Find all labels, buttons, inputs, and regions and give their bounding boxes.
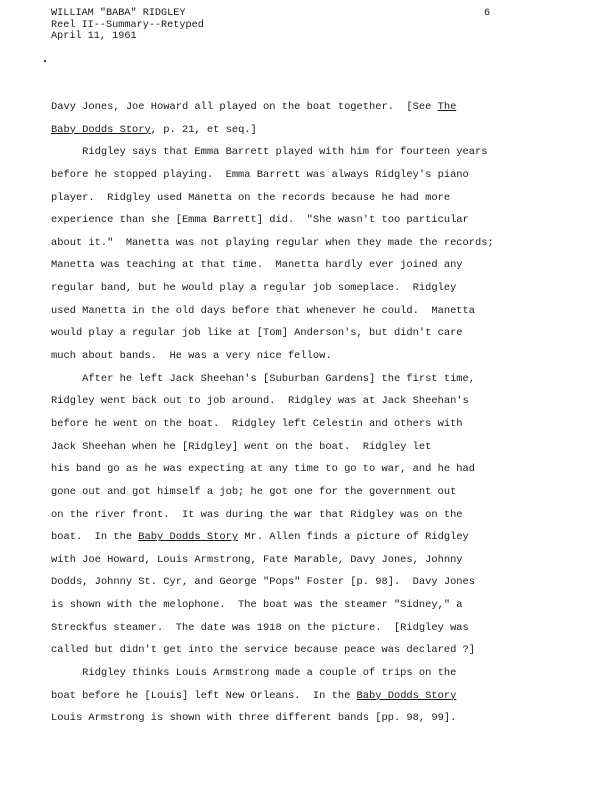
text-line: is shown with the melophone. The boat wa… <box>51 594 571 617</box>
text-line: Jack Sheehan when he [Ridgley] went on t… <box>51 436 571 459</box>
text-segment: is shown with the melophone. The boat wa… <box>51 599 463 611</box>
text-line: Ridgley thinks Louis Armstrong made a co… <box>51 662 571 685</box>
reel-info: Reel II--Summary--Retyped <box>51 20 204 32</box>
text-segment: Ridgley went back out to job around. Rid… <box>51 395 469 407</box>
text-segment: Ridgley says that Emma Barrett played wi… <box>51 146 487 158</box>
text-line: player. Ridgley used Manetta on the reco… <box>51 187 571 210</box>
text-segment: Manetta was teaching at that time. Manet… <box>51 259 463 271</box>
text-line: much about bands. He was a very nice fel… <box>51 345 571 368</box>
text-segment: called but didn't get into the service b… <box>51 644 475 656</box>
text-line: with Joe Howard, Louis Armstrong, Fate M… <box>51 549 571 572</box>
text-line: Louis Armstrong is shown with three diff… <box>51 707 571 730</box>
book-title: Baby Dodds Story <box>357 690 457 702</box>
interviewee-name: WILLIAM "BABA" RIDGLEY <box>51 8 204 20</box>
text-line: Manetta was teaching at that time. Manet… <box>51 254 571 277</box>
text-segment: Dodds, Johnny St. Cyr, and George "Pops"… <box>51 576 475 588</box>
text-segment: Ridgley thinks Louis Armstrong made a co… <box>51 667 456 679</box>
text-segment: with Joe Howard, Louis Armstrong, Fate M… <box>51 554 463 566</box>
text-segment: gone out and got himself a job; he got o… <box>51 486 456 498</box>
text-segment: on the river front. It was during the wa… <box>51 509 463 521</box>
text-line: After he left Jack Sheehan's [Suburban G… <box>51 368 571 391</box>
text-segment: would play a regular job like at [Tom] A… <box>51 327 463 339</box>
text-segment: Louis Armstrong is shown with three diff… <box>51 712 456 724</box>
page-number: 6 <box>484 8 490 19</box>
text-segment: Mr. Allen finds a picture of Ridgley <box>238 531 469 543</box>
text-line: Dodds, Johnny St. Cyr, and George "Pops"… <box>51 571 571 594</box>
text-line: his band go as he was expecting at any t… <box>51 458 571 481</box>
text-segment: his band go as he was expecting at any t… <box>51 463 475 475</box>
text-line: before he went on the boat. Ridgley left… <box>51 413 571 436</box>
text-segment: Davy Jones, Joe Howard all played on the… <box>51 101 438 113</box>
text-segment: before he stopped playing. Emma Barrett … <box>51 169 469 181</box>
text-segment: boat before he [Louis] left New Orleans.… <box>51 690 357 702</box>
text-line: Streckfus steamer. The date was 1918 on … <box>51 617 571 640</box>
text-segment: player. Ridgley used Manetta on the reco… <box>51 192 450 204</box>
text-segment: about it." Manetta was not playing regul… <box>51 237 494 249</box>
text-line: Ridgley says that Emma Barrett played wi… <box>51 141 571 164</box>
text-line: before he stopped playing. Emma Barrett … <box>51 164 571 187</box>
scan-mark <box>44 60 46 62</box>
book-title: Baby Dodds Story <box>51 124 151 136</box>
text-segment: boat. In the <box>51 531 138 543</box>
book-title: Baby Dodds Story <box>138 531 238 543</box>
document-header: WILLIAM "BABA" RIDGLEY Reel II--Summary-… <box>51 8 204 43</box>
text-line: boat before he [Louis] left New Orleans.… <box>51 685 571 708</box>
text-segment: Streckfus steamer. The date was 1918 on … <box>51 622 469 634</box>
text-segment: used Manetta in the old days before that… <box>51 305 475 317</box>
text-segment: before he went on the boat. Ridgley left… <box>51 418 463 430</box>
text-line: on the river front. It was during the wa… <box>51 504 571 527</box>
text-line: gone out and got himself a job; he got o… <box>51 481 571 504</box>
text-line: boat. In the Baby Dodds Story Mr. Allen … <box>51 526 571 549</box>
text-line: Davy Jones, Joe Howard all played on the… <box>51 96 571 119</box>
text-line: called but didn't get into the service b… <box>51 639 571 662</box>
text-line: experience than she [Emma Barrett] did. … <box>51 209 571 232</box>
text-segment: much about bands. He was a very nice fel… <box>51 350 332 362</box>
interview-date: April 11, 1961 <box>51 31 204 43</box>
text-line: used Manetta in the old days before that… <box>51 300 571 323</box>
text-segment: experience than she [Emma Barrett] did. … <box>51 214 469 226</box>
text-segment: Jack Sheehan when he [Ridgley] went on t… <box>51 441 431 453</box>
text-line: Ridgley went back out to job around. Rid… <box>51 390 571 413</box>
text-line: would play a regular job like at [Tom] A… <box>51 322 571 345</box>
text-line: regular band, but he would play a regula… <box>51 277 571 300</box>
text-line: Baby Dodds Story, p. 21, et seq.] <box>51 119 571 142</box>
text-line: about it." Manetta was not playing regul… <box>51 232 571 255</box>
text-segment: regular band, but he would play a regula… <box>51 282 456 294</box>
text-segment: , p. 21, et seq.] <box>151 124 257 136</box>
document-body: Davy Jones, Joe Howard all played on the… <box>51 96 571 730</box>
text-segment: After he left Jack Sheehan's [Suburban G… <box>51 373 475 385</box>
book-title: The <box>438 101 457 113</box>
